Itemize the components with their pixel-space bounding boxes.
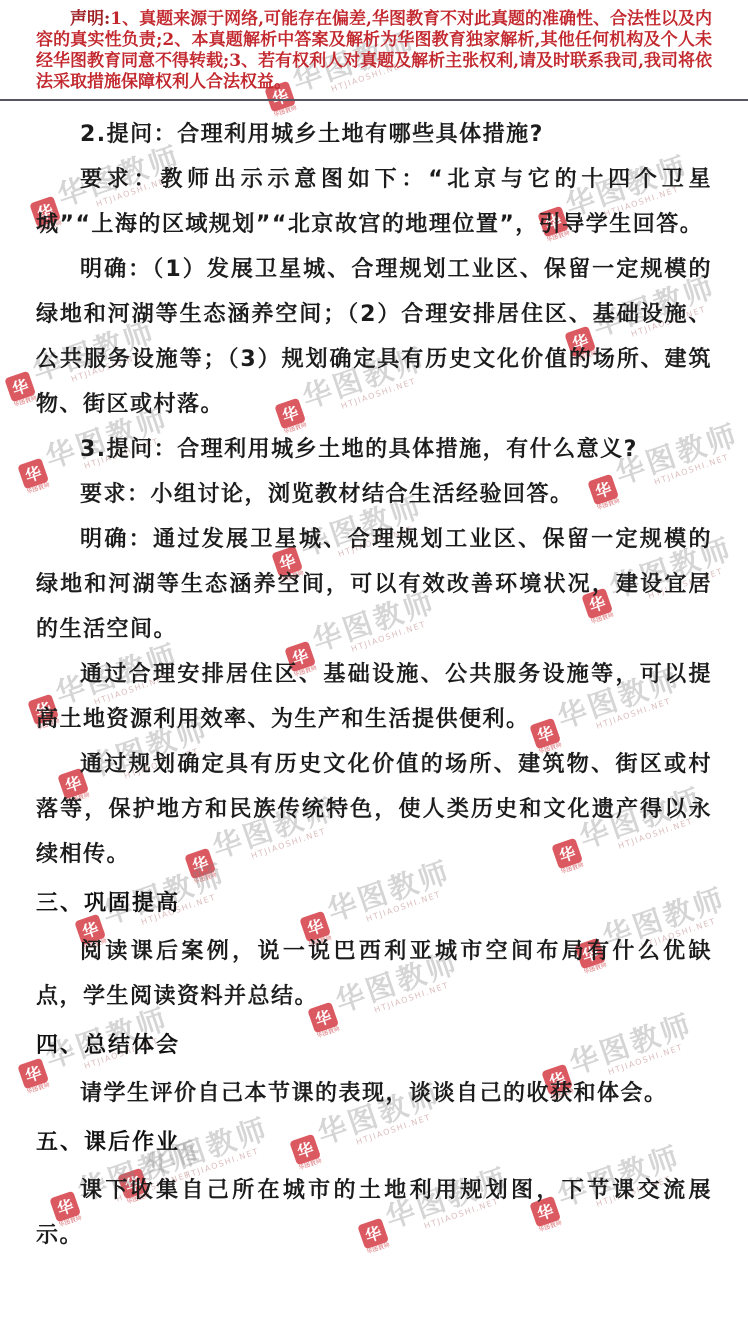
separator-line (0, 99, 748, 101)
section-heading: 四、总结体会 (36, 1023, 712, 1069)
paragraph: 要求：小组讨论，浏览教材结合生活经验回答。 (36, 472, 712, 517)
paragraph: 课下收集自己所在城市的土地利用规划图，下节课交流展示。 (36, 1168, 712, 1258)
document-page: { "page": { "background": "#ffffff", "se… (0, 0, 748, 1335)
paragraph: 明确：（1）发展卫星城、合理规划工业区、保留一定规模的绿地和河湖等生态涵养空间；… (36, 247, 712, 427)
section-heading: 三、巩固提高 (36, 881, 712, 927)
paragraph: 通过合理安排居住区、基础设施、公共服务设施等，可以提高土地资源利用效率、为生产和… (36, 652, 712, 742)
disclaimer-label: 声明: (70, 9, 110, 29)
disclaimer: 声明:1、真题来源于网络,可能存在偏差,华图教育不对此真题的准确性、合法性以及内… (36, 9, 712, 93)
paragraph: 明确：通过发展卫星城、合理规划工业区、保留一定规模的绿地和河湖等生态涵养空间，可… (36, 517, 712, 652)
paragraph: 要求：教师出示示意图如下：“北京与它的十四个卫星城”“上海的区域规划”“北京故宫… (36, 157, 712, 247)
paragraph: 请学生评价自己本节课的表现，谈谈自己的收获和体会。 (36, 1071, 712, 1116)
document-content: 声明:1、真题来源于网络,可能存在偏差,华图教育不对此真题的准确性、合法性以及内… (0, 9, 748, 1258)
paragraph: 2.提问：合理利用城乡土地有哪些具体措施? (36, 112, 712, 157)
document-body: 2.提问：合理利用城乡土地有哪些具体措施?要求：教师出示示意图如下：“北京与它的… (36, 112, 712, 1258)
section-heading: 五、课后作业 (36, 1120, 712, 1166)
paragraph: 3.提问：合理利用城乡土地的具体措施，有什么意义? (36, 427, 712, 472)
disclaimer-text: 1、真题来源于网络,可能存在偏差,华图教育不对此真题的准确性、合法性以及内容的真… (36, 9, 712, 92)
paragraph: 阅读课后案例，说一说巴西利亚城市空间布局有什么优缺点，学生阅读资料并总结。 (36, 929, 712, 1019)
paragraph: 通过规划确定具有历史文化价值的场所、建筑物、街区或村落等，保护地方和民族传统特色… (36, 742, 712, 877)
